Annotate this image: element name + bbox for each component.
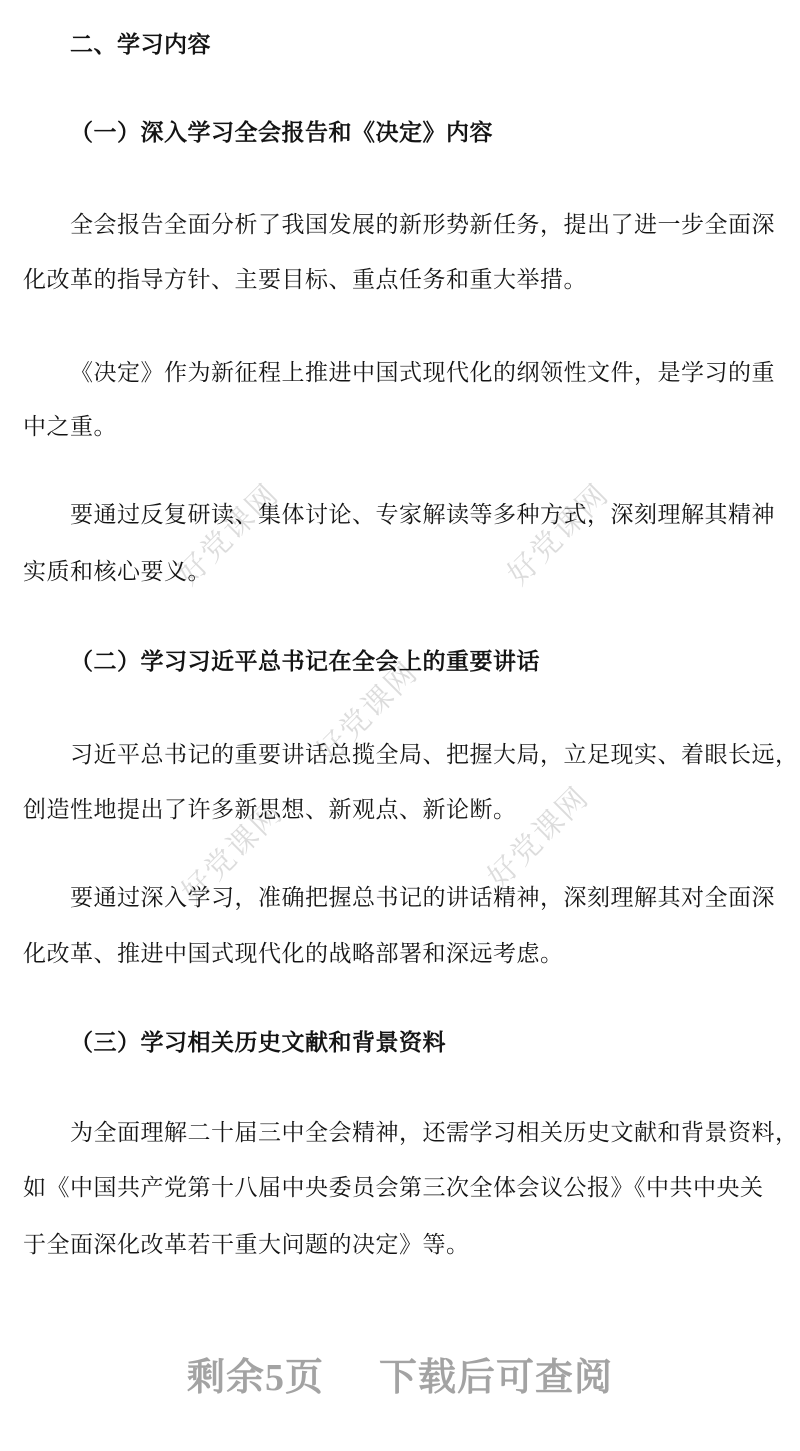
watermark-text: 好党课网 xyxy=(475,774,597,896)
paragraph-line: 如《中国共产党第十八届中央委员会第三次全体会议公报》《中共中央关 xyxy=(23,1173,780,1201)
footer-pages-remaining: 剩余5页 xyxy=(187,1346,324,1401)
paragraph-line: 创造性地提出了许多新思想、新观点、新论断。 xyxy=(23,795,780,823)
paragraph-line: 中之重。 xyxy=(23,412,780,440)
section-heading: （一）深入学习全会报告和《决定》内容 xyxy=(23,118,800,146)
paragraph-line: 化改革的指导方针、主要目标、重点任务和重大举措。 xyxy=(23,265,780,293)
paragraph-line: 要通过深入学习，准确把握总书记的讲话精神，深刻理解其对全面深 xyxy=(23,883,800,911)
paragraph-line: 于全面深化改革若干重大问题的决定》等。 xyxy=(23,1230,780,1258)
section-heading: （二）学习习近平总书记在全会上的重要讲话 xyxy=(23,647,800,675)
paragraph-line: 化改革、推进中国式现代化的战略部署和深远考虑。 xyxy=(23,939,780,967)
paragraph-line: 习近平总书记的重要讲话总揽全局、把握大局，立足现实、着眼长远， xyxy=(23,740,800,768)
paragraph-line: 全会报告全面分析了我国发展的新形势新任务，提出了进一步全面深 xyxy=(23,210,800,238)
paragraph-line: 要通过反复研读、集体讨论、专家解读等多种方式，深刻理解其精神 xyxy=(23,500,800,528)
section-heading: （三）学习相关历史文献和背景资料 xyxy=(23,1028,800,1056)
paragraph-line: 为全面理解二十届三中全会精神，还需学习相关历史文献和背景资料， xyxy=(23,1118,800,1146)
footer-note: 剩余5页 下载后可查阅 xyxy=(0,1346,800,1401)
doc-title: 二、学习内容 xyxy=(23,30,800,58)
document-page: 好党课网 好党课网 好党课网 好党课网 好党课网 二、学习内容 （一）深入学习全… xyxy=(0,0,800,1451)
paragraph-line: 《决定》作为新征程上推进中国式现代化的纲领性文件，是学习的重 xyxy=(23,358,800,386)
footer-download-hint: 下载后可查阅 xyxy=(379,1346,613,1401)
paragraph-line: 实质和核心要义。 xyxy=(23,557,780,585)
